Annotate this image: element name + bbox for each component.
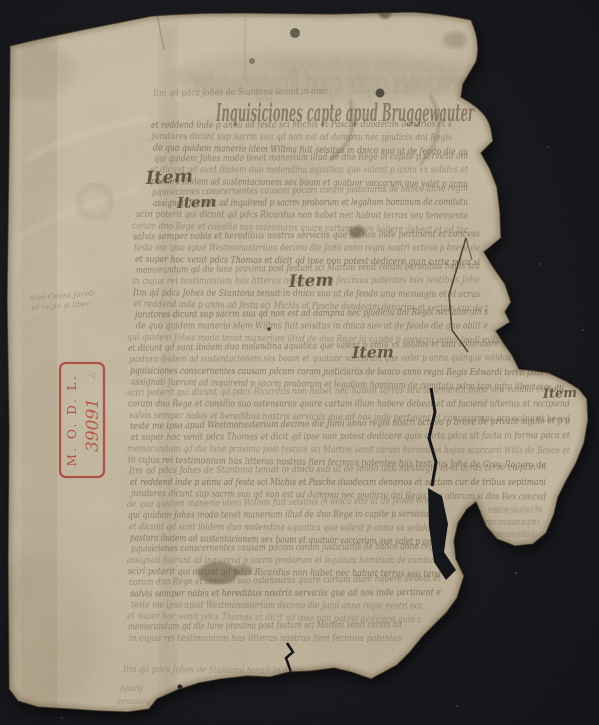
stamp-suffix: ,/, [88,373,96,379]
item-marker: Item [351,342,394,362]
manuscript-line: teste me ipso apud Westmonasterium decim… [134,244,480,254]
photo-frame: Inquisiciones capte apud Bruggewauter In… [0,0,599,725]
manuscript-photo: Inquisiciones capte apud Bruggewauter In… [0,0,599,725]
manuscript-line: de quo quidem manerio idem Willms fuit s… [136,322,488,332]
manuscript-line: sciri poterit qui dicunt qd pdcs Ricardu… [136,210,468,221]
manuscript-line: in cujus rei testimonium has litteras no… [129,634,402,644]
manuscript-line: memorandum qd die lune proxima post fest… [127,444,570,456]
manuscript-line: et reddend inde p annu ad festa sci Mich… [151,120,452,131]
svg-text:Inquisiciones capte apud Brugg: Inquisiciones capte apud Bruggewauter [269,53,471,75]
manuscript-line: et reddend inde p annu ad festa sci Mich [488,505,542,516]
item-marker: Item [287,270,333,292]
manuscript-line: et super hoc venit pdcs Thomas et dicit … [131,431,570,443]
stamp-number: 39091 [83,398,103,452]
manuscript-line: juratores dicunt sup sacrm suu qd non es… [150,132,452,143]
manuscript-line: salvis semper nobis et heredibus nostris… [130,588,441,599]
manuscript-line: teste me ipso apud Westmonasterium decim… [131,600,422,611]
manuscript-line: assignati fuerunt ad inquirend p sacrm p… [127,556,441,566]
manuscript-line: pquisiciones conscernentes causam pdcam … [130,366,564,378]
svg-text:prosseq: prosseq [117,697,151,707]
stamp-initials: M. O. D. L. [65,374,79,467]
manuscript-line: coram dno Rege et consilio suo ostensuru… [128,400,570,410]
manuscript-line: et dicunt qd sunt ibidem duo molendina a… [150,166,468,176]
manuscript-line: qui quidem Johes modo tenet manerium ill… [128,510,441,521]
manuscript-line: et reddend inde p annu ad festa sci Mich… [130,478,546,488]
item-marker: Item [176,193,217,212]
item-marker: Item [144,166,193,189]
manuscript-line: et dicunt qd sunt ibidem duo molendina a… [129,522,441,533]
manuscript-line: juratores dicunt sup sacrm suu qd non es [483,518,540,528]
svg-text:pjurij: pjurij [120,684,143,694]
manuscript-line: pastura ibidem ad sustentacionem sex bou… [129,353,542,365]
